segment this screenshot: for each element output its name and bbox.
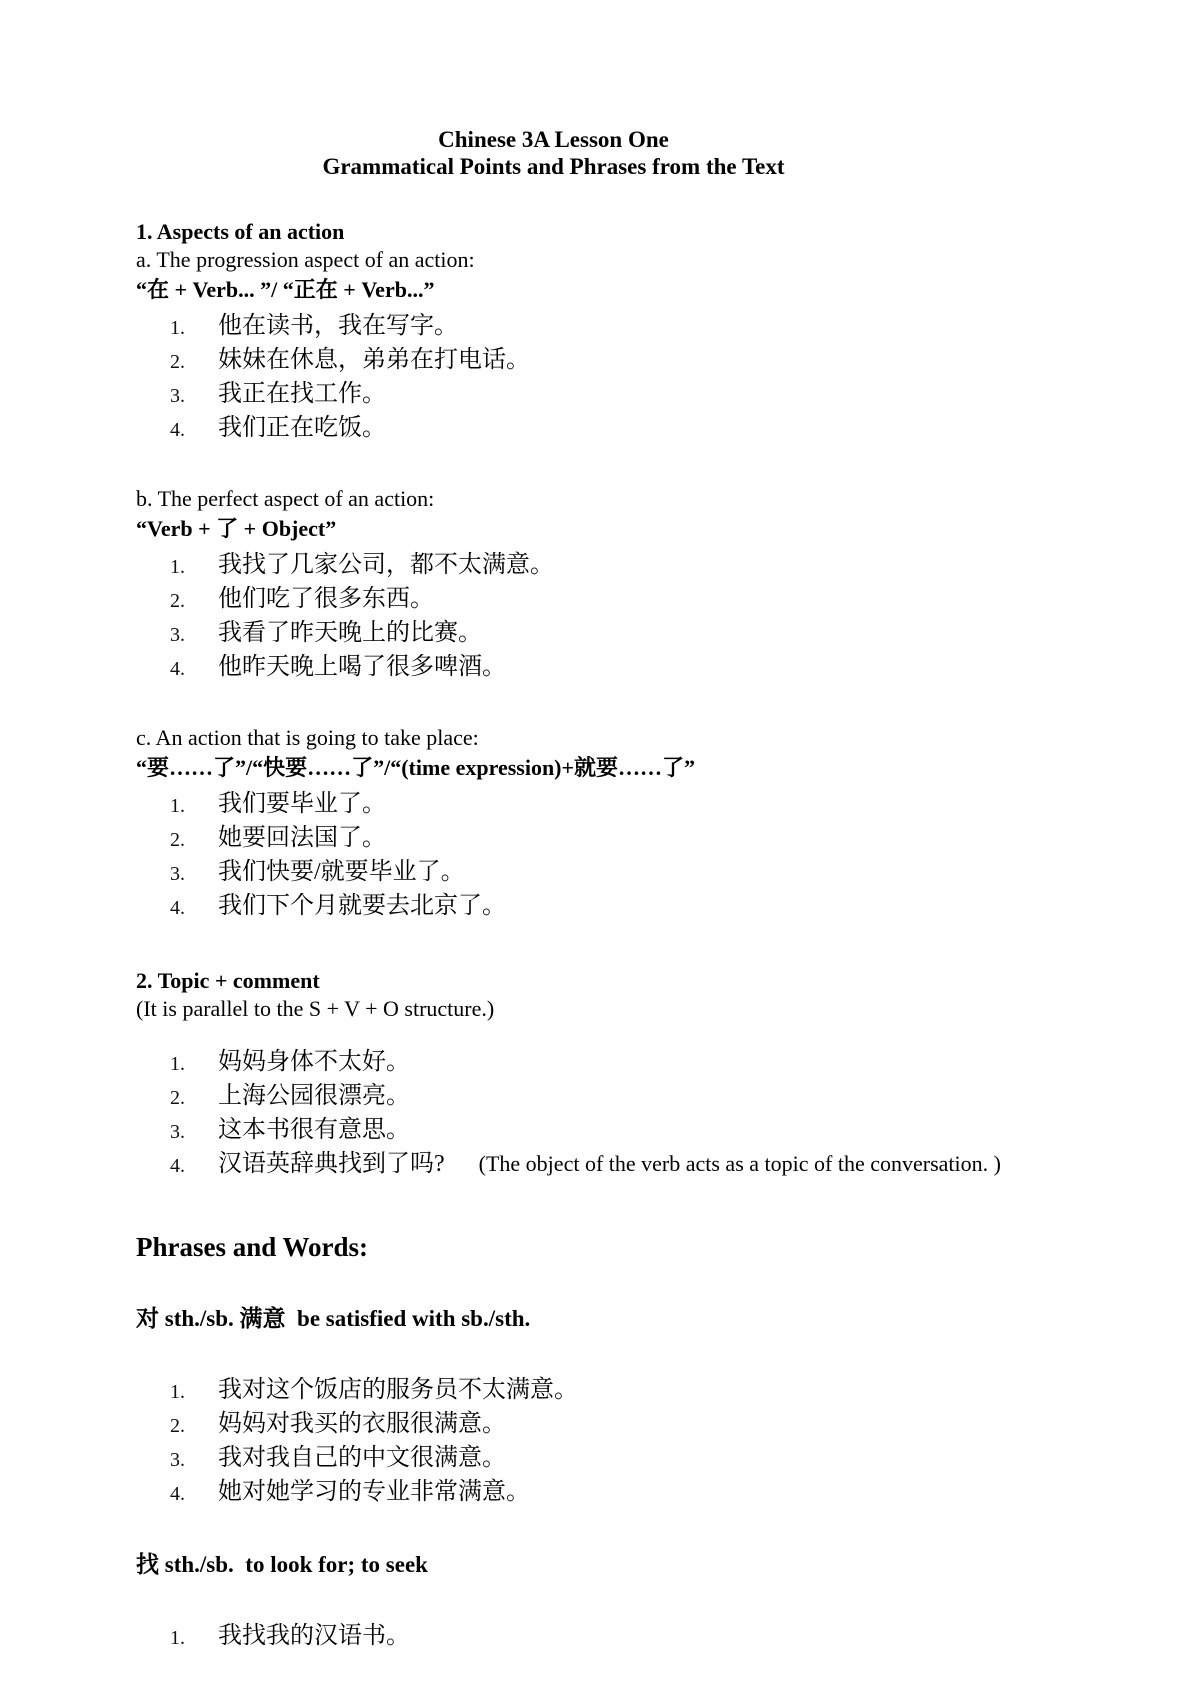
example-item: 我们正在吃饭。	[218, 411, 1140, 445]
example-item: 她对她学习的专业非常满意。	[218, 1475, 1140, 1509]
phrase-entry2-example-list: 我找我的汉语书。	[136, 1619, 1140, 1653]
phrase-entry-headword: 对 sth./sb. 满意 be satisfied with sb./sth.	[136, 1305, 1140, 1333]
phrase-entry1-example-list: 我对这个饭店的服务员不太满意。 妈妈对我买的衣服很满意。 我对我自己的中文很满意…	[136, 1373, 1140, 1509]
example-item: 妈妈身体不太好。	[218, 1045, 1140, 1079]
section1-heading: 1. Aspects of an action	[136, 218, 1140, 246]
example-note: (The object of the verb acts as a topic …	[479, 1151, 1001, 1176]
example-item: 妈妈对我买的衣服很满意。	[218, 1407, 1140, 1441]
example-item: 她要回法国了。	[218, 821, 1140, 855]
example-item: 我找了几家公司，都不太满意。	[218, 548, 1140, 582]
example-item: 他在读书，我在写字。	[218, 309, 1140, 343]
example-item: 上海公园很漂亮。	[218, 1079, 1140, 1113]
section1c-label: c. An action that is going to take place…	[136, 724, 1140, 752]
section1b-example-list: 我找了几家公司，都不太满意。 他们吃了很多东西。 我看了昨天晚上的比赛。 他昨天…	[136, 548, 1140, 684]
section2-example-list: 妈妈身体不太好。 上海公园很漂亮。 这本书很有意思。 汉语英辞典找到了吗? (T…	[136, 1045, 1140, 1181]
example-chinese: 汉语英辞典找到了吗?	[218, 1151, 445, 1177]
document-page: Chinese 3A Lesson One Grammatical Points…	[0, 0, 1200, 1698]
phrase-entry-headword: 找 sth./sb. to look for; to seek	[136, 1551, 1140, 1579]
example-item: 我们下个月就要去北京了。	[218, 889, 1140, 923]
example-item: 这本书很有意思。	[218, 1113, 1140, 1147]
section2-heading: 2. Topic + comment	[136, 967, 1140, 995]
example-item: 我找我的汉语书。	[218, 1619, 1140, 1653]
section1b-label: b. The perfect aspect of an action:	[136, 485, 1140, 513]
title-line-2: Grammatical Points and Phrases from the …	[136, 153, 971, 180]
example-item: 我对这个饭店的服务员不太满意。	[218, 1373, 1140, 1407]
section1b-formula: “Verb + 了 + Object”	[136, 513, 1140, 544]
example-item: 我看了昨天晚上的比赛。	[218, 616, 1140, 650]
example-item: 我们要毕业了。	[218, 787, 1140, 821]
section1a-example-list: 他在读书，我在写字。 妹妹在休息，弟弟在打电话。 我正在找工作。 我们正在吃饭。	[136, 309, 1140, 445]
example-item: 我们快要/就要毕业了。	[218, 855, 1140, 889]
example-item: 我对我自己的中文很满意。	[218, 1441, 1140, 1475]
example-item: 妹妹在休息，弟弟在打电话。	[218, 343, 1140, 377]
example-item: 他们吃了很多东西。	[218, 582, 1140, 616]
phrases-heading: Phrases and Words:	[136, 1231, 1140, 1263]
section1c-formula: “要……了”/“快要……了”/“(time expression)+就要……了”	[136, 752, 1140, 783]
section1a-formula: “在 + Verb... ”/ “正在 + Verb...”	[136, 274, 1140, 305]
document-title: Chinese 3A Lesson One Grammatical Points…	[136, 126, 971, 180]
title-line-1: Chinese 3A Lesson One	[136, 126, 971, 153]
example-item: 我正在找工作。	[218, 377, 1140, 411]
section1a-label: a. The progression aspect of an action:	[136, 246, 1140, 274]
example-item: 汉语英辞典找到了吗? (The object of the verb acts …	[218, 1147, 1140, 1181]
section1c-example-list: 我们要毕业了。 她要回法国了。 我们快要/就要毕业了。 我们下个月就要去北京了。	[136, 787, 1140, 923]
section2-note: (It is parallel to the S + V + O structu…	[136, 995, 1140, 1023]
example-item: 他昨天晚上喝了很多啤酒。	[218, 650, 1140, 684]
